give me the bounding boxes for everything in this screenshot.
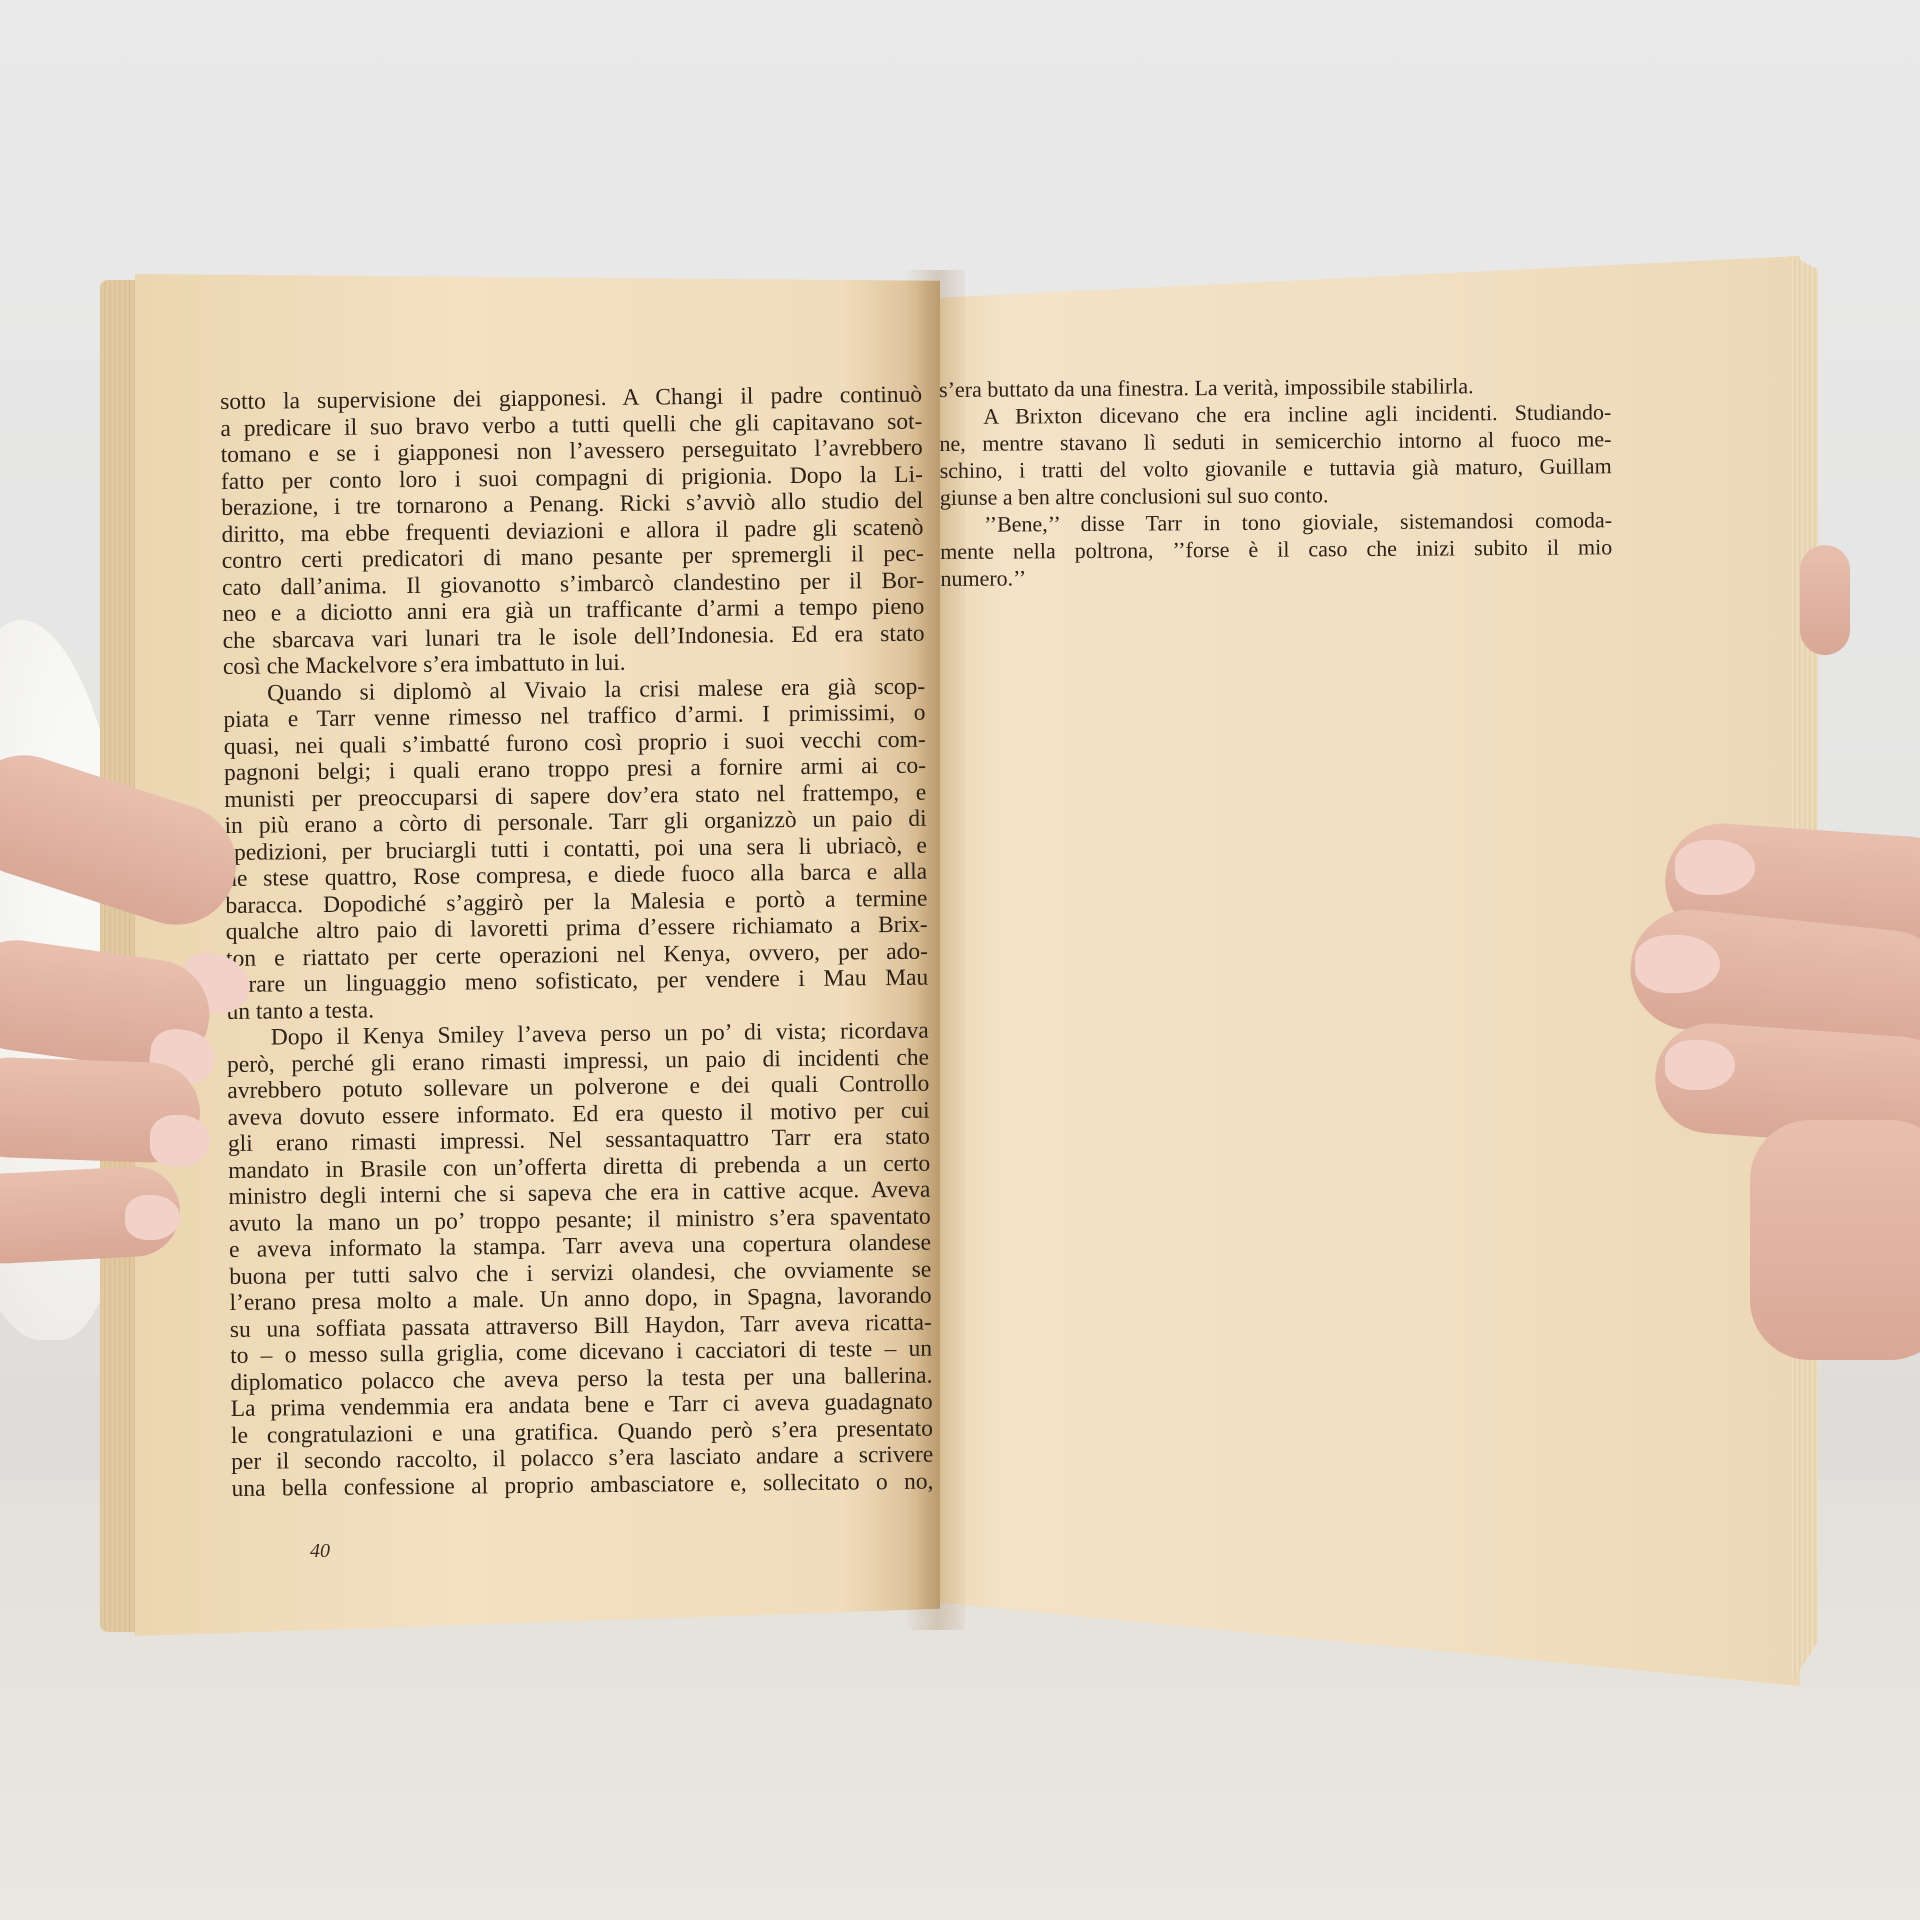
page-number: 40 [310, 1540, 330, 1563]
fingernail [1665, 1040, 1735, 1090]
right-pinky-and-palm [1750, 1120, 1920, 1360]
fingernail [1675, 840, 1755, 895]
fingernail [125, 1195, 180, 1240]
left-page-text: sotto la supervisione dei giapponesi. A … [220, 382, 934, 1502]
fingernail [150, 1115, 210, 1167]
fingernail [1635, 935, 1720, 993]
text-line: schino, i tratti del volto giovanile e t… [940, 452, 1612, 484]
text-line: mente nella poltrona, ’’forse è il caso … [940, 533, 1612, 565]
right-thumb [1800, 545, 1850, 655]
right-page-text: s’era buttato da una finestra. La verità… [939, 371, 1612, 592]
text-line: numero.’’ [940, 560, 1612, 592]
